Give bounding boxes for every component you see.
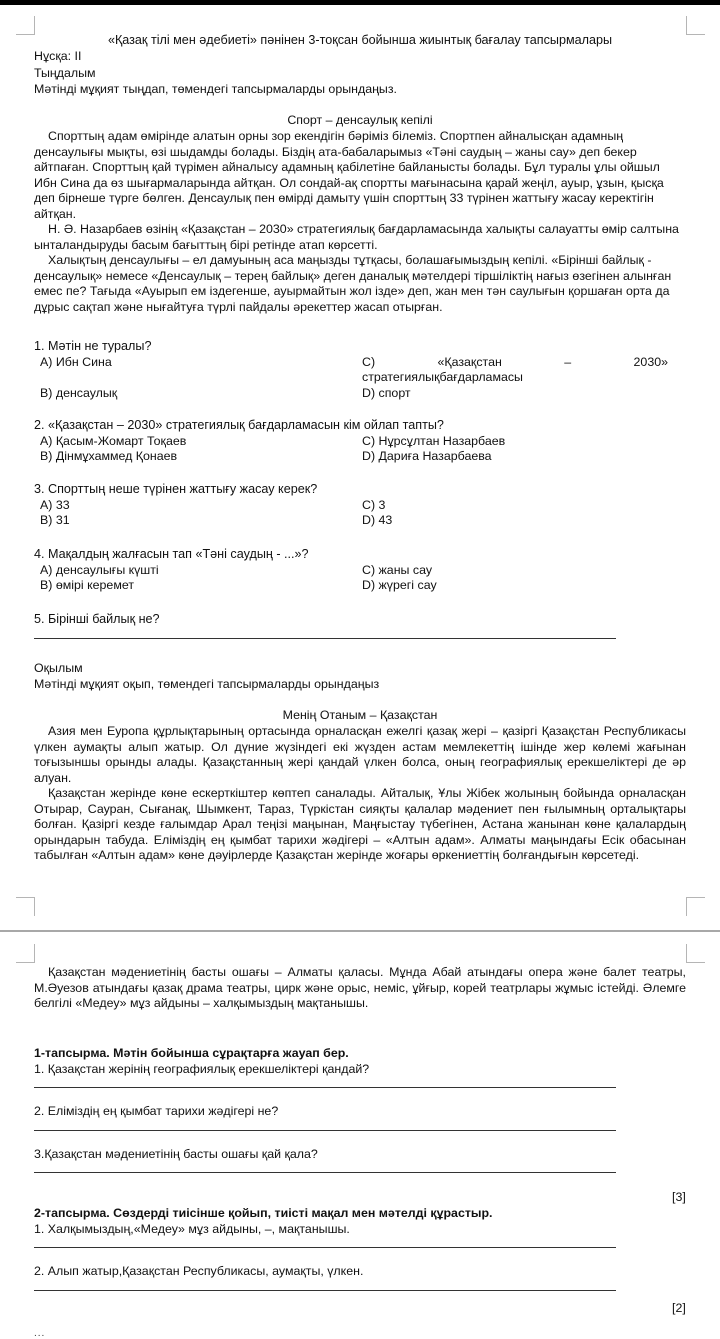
document-title: «Қазақ тілі мен әдебиеті» пәнінен 3-тоқс… xyxy=(34,33,686,49)
page-corner-mark-bottom-right xyxy=(686,897,705,916)
option-c[interactable]: C) 3 xyxy=(362,498,624,514)
option-c-word: «Қазақстан xyxy=(437,355,501,371)
question-title: 1. Мәтін не туралы? xyxy=(34,339,686,355)
question-5: 5. Бірінші байлық не? xyxy=(34,612,686,639)
option-c-dash: – xyxy=(564,355,571,371)
listening-text-title: Спорт – денсаулық кепілі xyxy=(34,113,686,129)
option-b[interactable]: B) Дінмұхаммед Қонаев xyxy=(40,449,362,465)
reading-text-title: Менің Отаным – Қазақстан xyxy=(34,708,686,724)
option-b[interactable]: B) 31 xyxy=(40,513,362,529)
option-b[interactable]: B) өмірі керемет xyxy=(40,578,362,594)
answer-line[interactable] xyxy=(34,638,616,639)
reading-paragraph: Қазақстан мәдениетінің басты ошағы – Алм… xyxy=(34,965,686,1012)
answer-line[interactable] xyxy=(34,1130,616,1131)
option-c-continuation: стратегиялықбағдарламасы xyxy=(362,370,624,386)
question-title: 2. «Қазақстан – 2030» стратегиялық бағда… xyxy=(34,418,686,434)
listening-paragraph: Н. Ә. Назарбаев өзінің «Қазақстан – 2030… xyxy=(34,222,682,253)
answer-line[interactable] xyxy=(34,1087,616,1088)
answer-line[interactable] xyxy=(34,1290,616,1291)
option-d[interactable]: D) спорт xyxy=(362,386,624,402)
task-2: 2-тапсырма. Сөздерді тиісінше қойып, тиі… xyxy=(34,1206,686,1291)
option-c-year: 2030» xyxy=(634,355,668,371)
question-title: 5. Бірінші байлық не? xyxy=(34,612,686,628)
task-1-score: [3] xyxy=(672,1190,686,1204)
option-a[interactable]: A) денсаулығы күшті xyxy=(40,563,362,579)
option-a[interactable]: A) Қасым-Жомарт Тоқаев xyxy=(40,434,362,450)
section-listening-heading: Тыңдалым xyxy=(34,66,686,82)
task-2-score: [2] xyxy=(672,1301,686,1315)
reading-paragraph: Азия мен Еуропа құрлықтарының ортасында … xyxy=(34,724,686,786)
option-a[interactable]: A) Ибн Сина xyxy=(40,355,362,386)
question-3: 3. Спорттың неше түрінен жаттығу жасау к… xyxy=(34,482,686,529)
reading-text-body: Азия мен Еуропа құрлықтарының ортасында … xyxy=(34,724,686,864)
listening-text-body: Спорттың адам өмірінде алатын орны зор е… xyxy=(34,129,682,315)
top-black-bar xyxy=(0,0,720,5)
variant-label: Нұсқа: II xyxy=(34,49,686,65)
question-title: 4. Мақалдың жалғасын тап «Тәні саудың - … xyxy=(34,547,686,563)
task-1-item: 2. Еліміздің ең қымбат тарихи жәдігері н… xyxy=(34,1104,686,1120)
reading-instruction: Мәтінді мұқият оқып, төмендегі тапсырмал… xyxy=(34,677,686,693)
question-4: 4. Мақалдың жалғасын тап «Тәні саудың - … xyxy=(34,547,686,594)
option-d[interactable]: D) жүрегі сау xyxy=(362,578,624,594)
option-a[interactable]: A) 33 xyxy=(40,498,362,514)
task-2-title: 2-тапсырма. Сөздерді тиісінше қойып, тиі… xyxy=(34,1206,686,1222)
option-c[interactable]: C) Нұрсұлтан Назарбаев xyxy=(362,434,624,450)
reading-paragraph: Қазақстан жерінде көне ескерткіштер көпт… xyxy=(34,786,686,864)
question-1: 1. Мәтін не туралы? A) Ибн Сина C) «Қаза… xyxy=(34,339,686,401)
option-b[interactable]: B) денсаулық xyxy=(40,386,362,402)
listening-paragraph: Спорттың адам өмірінде алатын орны зор е… xyxy=(34,129,682,222)
page-corner-mark-bottom-left xyxy=(16,897,35,916)
page-corner-mark-top-left xyxy=(16,944,35,963)
listening-paragraph: Халықтың денсаулығы – ел дамуының аса ма… xyxy=(34,253,682,315)
page-corner-mark-top-left xyxy=(16,16,35,35)
task-1-item: 3.Қазақстан мәдениетінің басты ошағы қай… xyxy=(34,1147,686,1163)
option-c[interactable]: C) «Қазақстан – 2030» стратегиялықбағдар… xyxy=(362,355,624,386)
task-2-item: 2. Алып жатыр,Қазақстан Республикасы, ау… xyxy=(34,1264,686,1280)
question-title: 3. Спорттың неше түрінен жаттығу жасау к… xyxy=(34,482,686,498)
page-corner-mark-top-right xyxy=(686,16,705,35)
option-c[interactable]: C) жаны сау xyxy=(362,563,624,579)
answer-line[interactable] xyxy=(34,1247,616,1248)
task-2-item: 1. Халқымыздың,«Медеу» мұз айдыны, –, ма… xyxy=(34,1222,686,1238)
task-1-item: 1. Қазақстан жерінің географиялық ерекше… xyxy=(34,1062,686,1078)
listening-instruction: Мәтінді мұқият тыңдап, төмендегі тапсырм… xyxy=(34,82,686,98)
option-d[interactable]: D) Дариға Назарбаева xyxy=(362,449,624,465)
task-1-title: 1-тапсырма. Мәтін бойынша сұрақтарға жау… xyxy=(34,1046,686,1062)
option-c-letter: C) xyxy=(362,355,375,371)
option-d[interactable]: D) 43 xyxy=(362,513,624,529)
page-corner-mark-top-right xyxy=(686,944,705,963)
task-1: 1-тапсырма. Мәтін бойынша сұрақтарға жау… xyxy=(34,1046,686,1173)
section-reading-heading: Оқылым xyxy=(34,661,686,677)
answer-line[interactable] xyxy=(34,1172,616,1173)
continuation-ellipsis: ... xyxy=(34,1328,45,1339)
page-separator xyxy=(0,930,720,932)
question-2: 2. «Қазақстан – 2030» стратегиялық бағда… xyxy=(34,418,686,465)
